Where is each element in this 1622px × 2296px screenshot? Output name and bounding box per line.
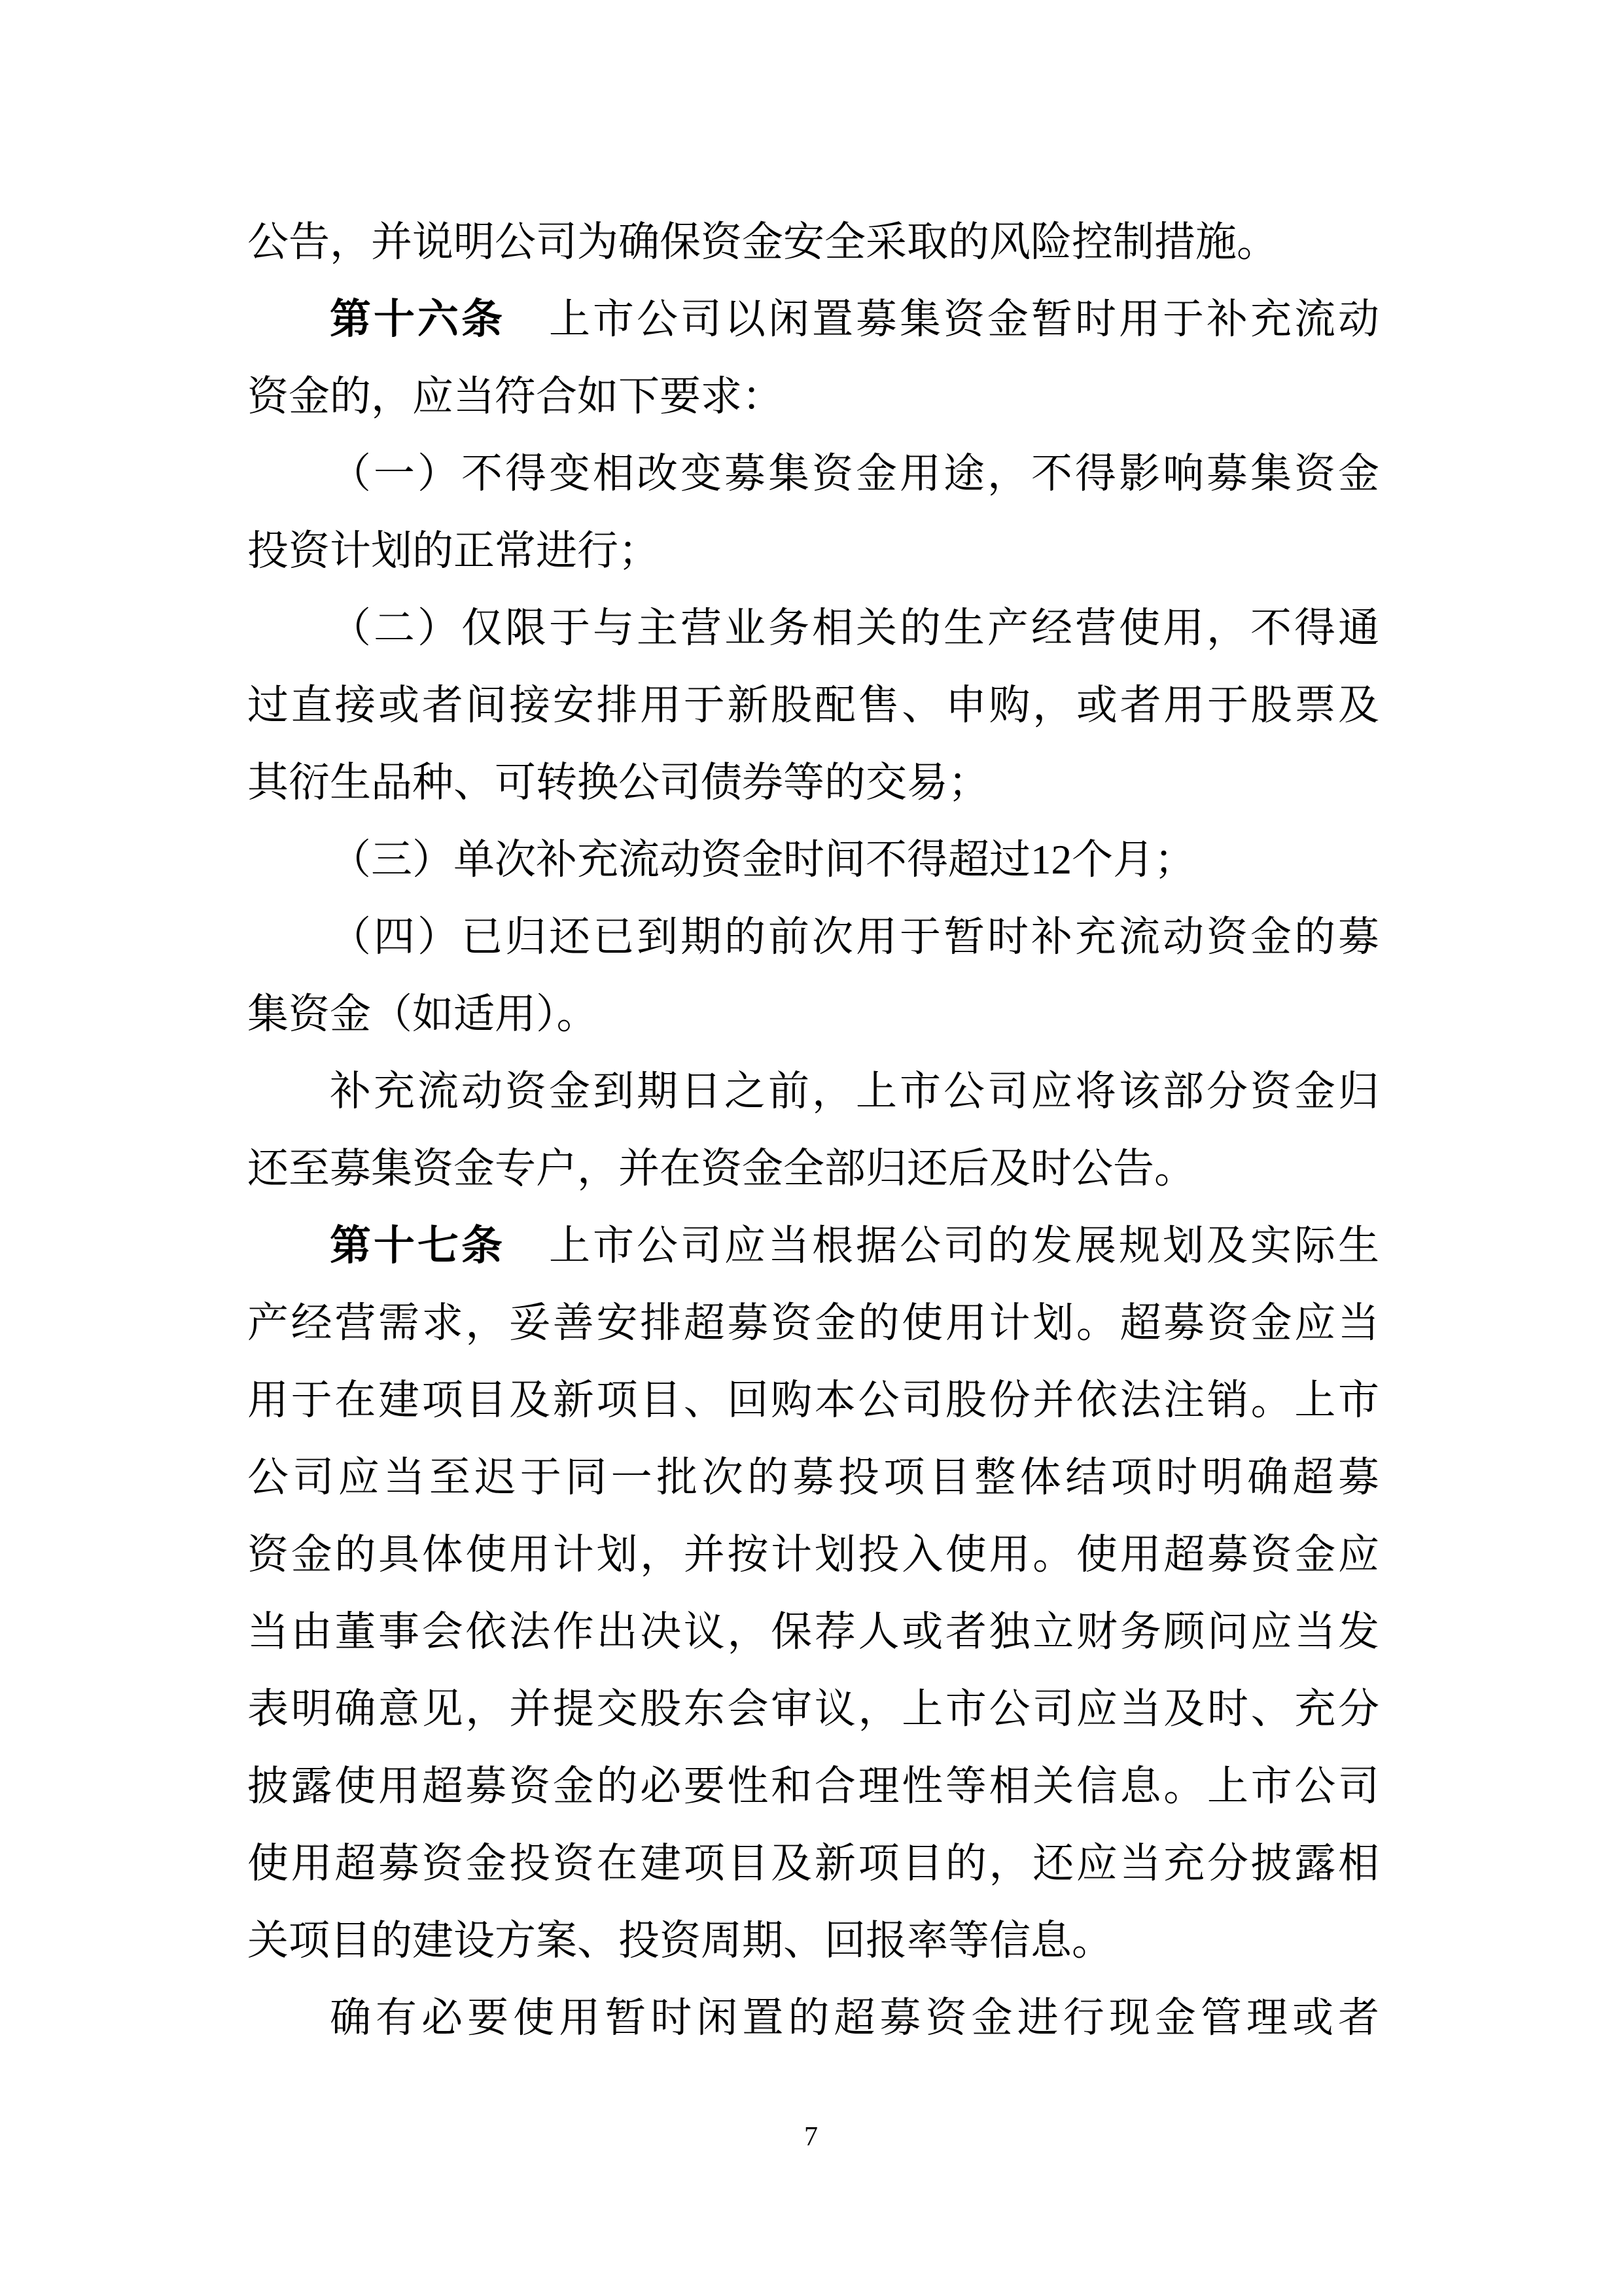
line-text: 确有必要使用暂时闲置的超募资金进行现金管理或者: [330, 1995, 1379, 2041]
text-line: 资金的，应当符合如下要求：: [247, 358, 1379, 435]
line-text: 公告，并说明公司为确保资金安全采取的风险控制措施。: [247, 219, 1278, 265]
article-number: 第十七条: [330, 1223, 505, 1269]
line-text: 其衍生品种、可转换公司债券等的交易；: [247, 760, 989, 805]
line-text: 当由董事会依法作出决议，保荐人或者独立财务顾问应当发: [247, 1609, 1379, 1655]
text-line: 当由董事会依法作出决议，保荐人或者独立财务顾问应当发: [247, 1593, 1379, 1670]
text-line: 表明确意见，并提交股东会审议，上市公司应当及时、充分: [247, 1670, 1379, 1748]
page-number: 7: [0, 2119, 1622, 2155]
line-text: 上市公司应当根据公司的发展规划及实际生: [505, 1223, 1379, 1269]
text-line: 第十六条 上市公司以闲置募集资金暂时用于补充流动: [247, 281, 1379, 358]
document-page: 公告，并说明公司为确保资金安全采取的风险控制措施。第十六条 上市公司以闲置募集资…: [0, 0, 1622, 2296]
line-text: 用于在建项目及新项目、回购本公司股份并依法注销。上市: [247, 1377, 1379, 1423]
text-line: 公司应当至迟于同一批次的募投项目整体结项时明确超募: [247, 1439, 1379, 1516]
line-text: （二）仅限于与主营业务相关的生产经营使用，不得通: [330, 605, 1379, 651]
line-text: 还至募集资金专户，并在资金全部归还后及时公告。: [247, 1146, 1195, 1192]
line-text: 资金的，应当符合如下要求：: [247, 374, 783, 419]
text-line: 用于在建项目及新项目、回购本公司股份并依法注销。上市: [247, 1362, 1379, 1439]
text-line: 其衍生品种、可转换公司债券等的交易；: [247, 744, 1379, 821]
line-text: （一）不得变相改变募集资金用途，不得影响募集资金: [330, 451, 1379, 497]
article-number: 第十六条: [330, 296, 505, 342]
line-text: 补充流动资金到期日之前，上市公司应将该部分资金归: [330, 1069, 1379, 1114]
line-text: 使用超募资金投资在建项目及新项目的，还应当充分披露相: [247, 1841, 1379, 1886]
text-line: 还至募集资金专户，并在资金全部归还后及时公告。: [247, 1130, 1379, 1207]
line-text: 产经营需求，妥善安排超募资金的使用计划。超募资金应当: [247, 1300, 1379, 1346]
line-text: 上市公司以闲置募集资金暂时用于补充流动: [505, 296, 1379, 342]
line-text: 披露使用超募资金的必要性和合理性等相关信息。上市公司: [247, 1763, 1379, 1809]
line-text: 表明确意见，并提交股东会审议，上市公司应当及时、充分: [247, 1686, 1379, 1732]
text-line: （四）已归还已到期的前次用于暂时补充流动资金的募: [247, 898, 1379, 976]
text-line: 第十七条 上市公司应当根据公司的发展规划及实际生: [247, 1207, 1379, 1284]
text-line: 披露使用超募资金的必要性和合理性等相关信息。上市公司: [247, 1748, 1379, 1825]
text-line: 补充流动资金到期日之前，上市公司应将该部分资金归: [247, 1053, 1379, 1130]
text-line: 公告，并说明公司为确保资金安全采取的风险控制措施。: [247, 203, 1379, 281]
text-line: 确有必要使用暂时闲置的超募资金进行现金管理或者: [247, 1979, 1379, 2057]
line-text: 投资计划的正常进行；: [247, 528, 660, 574]
line-text: 公司应当至迟于同一批次的募投项目整体结项时明确超募: [247, 1455, 1379, 1500]
text-line: （三）单次补充流动资金时间不得超过12个月；: [247, 821, 1379, 898]
text-line: （一）不得变相改变募集资金用途，不得影响募集资金: [247, 435, 1379, 512]
document-body: 公告，并说明公司为确保资金安全采取的风险控制措施。第十六条 上市公司以闲置募集资…: [247, 203, 1379, 2057]
text-line: 产经营需求，妥善安排超募资金的使用计划。超募资金应当: [247, 1284, 1379, 1362]
text-line: 投资计划的正常进行；: [247, 512, 1379, 590]
text-line: 集资金（如适用）。: [247, 976, 1379, 1053]
text-line: （二）仅限于与主营业务相关的生产经营使用，不得通: [247, 590, 1379, 667]
line-text: 集资金（如适用）。: [247, 991, 598, 1037]
text-line: 资金的具体使用计划，并按计划投入使用。使用超募资金应: [247, 1516, 1379, 1593]
text-line: 使用超募资金投资在建项目及新项目的，还应当充分披露相: [247, 1825, 1379, 1902]
line-text: 资金的具体使用计划，并按计划投入使用。使用超募资金应: [247, 1532, 1379, 1578]
line-text: 关项目的建设方案、投资周期、回报率等信息。: [247, 1918, 1113, 1964]
line-text: 过直接或者间接安排用于新股配售、申购，或者用于股票及: [247, 682, 1379, 728]
text-line: 过直接或者间接安排用于新股配售、申购，或者用于股票及: [247, 667, 1379, 744]
text-line: 关项目的建设方案、投资周期、回报率等信息。: [247, 1902, 1379, 1979]
line-text: （四）已归还已到期的前次用于暂时补充流动资金的募: [330, 914, 1379, 960]
line-text: （三）单次补充流动资金时间不得超过12个月；: [330, 837, 1195, 883]
